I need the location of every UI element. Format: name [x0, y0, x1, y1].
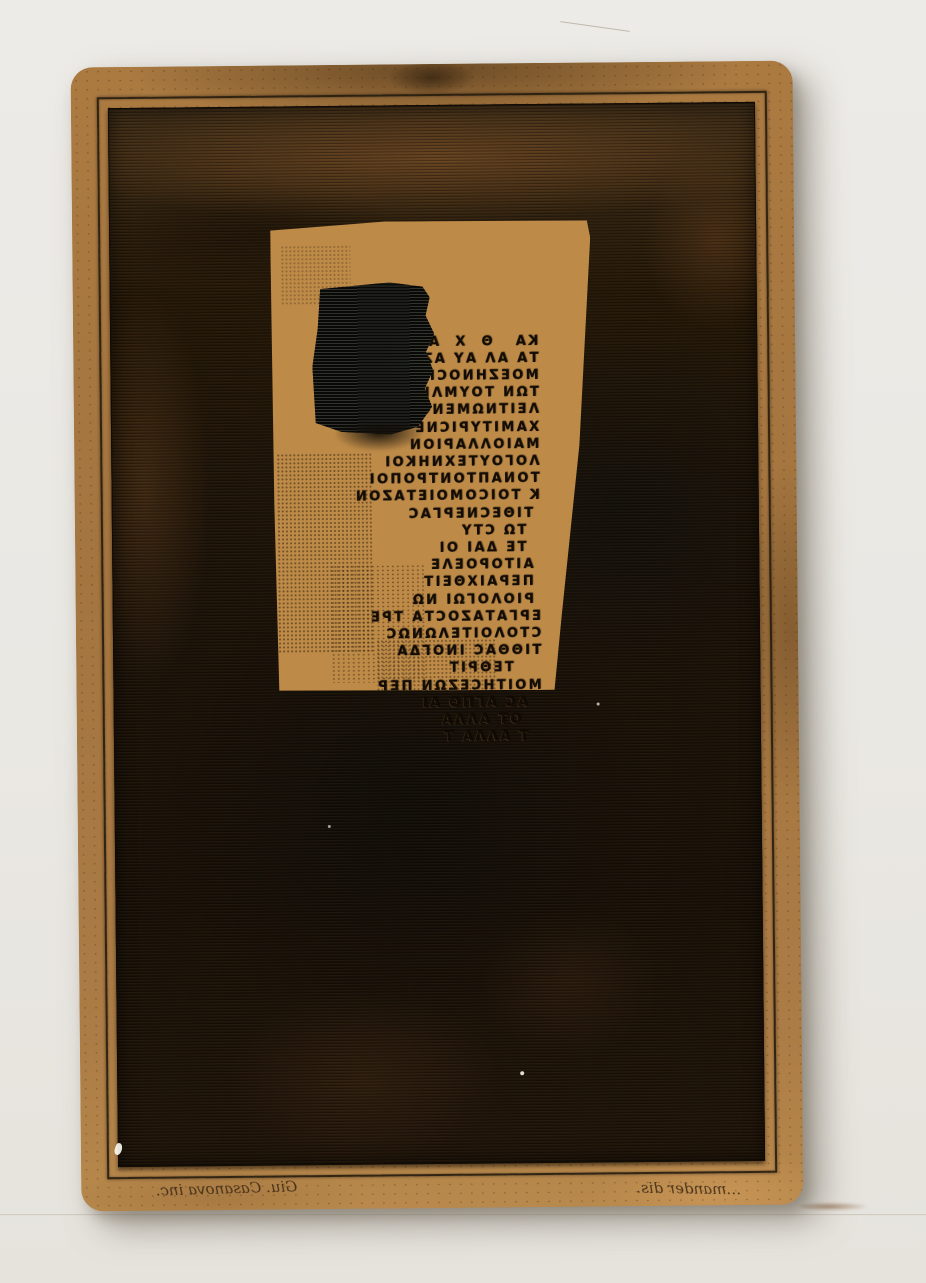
greek-text-line: ΟΤ ΑΛΛΑ — [324, 711, 542, 730]
dust-speck — [520, 1071, 524, 1075]
greek-text-line: ΤΙΘΘΑC ΙΝΟΓΔΑ — [323, 642, 541, 661]
greek-text-line: ΠΕΡΑΙΧΘΕΙΤ — [322, 573, 540, 592]
background-stain — [800, 1202, 870, 1211]
dust-speck — [597, 702, 600, 705]
dust-speck — [328, 825, 331, 828]
background-seam-line — [0, 1214, 926, 1216]
greek-text-line: Τ ΑΛΛΑ Τ — [324, 728, 542, 747]
greek-text-line: ΑC ΑΓΠΘ ΑΙ — [324, 694, 542, 713]
copper-plate: ΚΑ Θ Χ ΑΔΤΑ ΑΛ ΑΥ ΑΖΜΟΕΖΗΝΟCΙΔΩΤΩΝ ΤΟΥΜΛ… — [71, 61, 804, 1212]
photograph-of-copper-plate: ΚΑ Θ Χ ΑΔΤΑ ΑΛ ΑΥ ΑΖΜΟΕΖΗΝΟCΙΔΩΤΩΝ ΤΟΥΜΛ… — [0, 0, 926, 1283]
greek-text-line: ΜΟΙΤΗCΕΖΩΝ ΠΕΡ — [323, 677, 541, 696]
greek-text-line: ΤΕ ΔΑΙ ΟΙ — [322, 539, 540, 558]
fragment-patch-shadow — [336, 424, 422, 451]
greek-text-line: ΤΟΝΑΠΤΟΝΤΡΟΠΟΙ — [321, 470, 539, 489]
greek-text-line: CΤΟΛΟΙΤΕΛΩΝΩC — [323, 625, 541, 644]
draughtsman-signature-mirrored: …mander dis. — [561, 1177, 741, 1204]
greek-text-line: ΡΙΟΛΟΓΩΙ ΝΩ — [323, 591, 541, 610]
greek-text-line: ΕΡΓΑΤΑΖΟCΤΑ ΤΡΕ — [323, 608, 541, 627]
greek-text-line: ΛΟΓΟΥΤΕΧΝΗΚΟΙ — [321, 453, 539, 472]
greek-text-line: ΑΙΤΟΡΟΕΛΕ — [322, 556, 540, 575]
greek-text-line: Κ ΤΟΙCΟΜΟΙΕΤΑΖΟΝ — [322, 487, 540, 506]
engraver-signature-mirrored: Giu. Casanova inc. — [107, 1177, 298, 1207]
background-scratch — [560, 21, 629, 32]
greek-text-line: ΤΩ CΤΥ — [322, 522, 540, 541]
greek-text-line: ΤΙΘΕCΝΕΡΓΑC — [322, 505, 540, 524]
greek-text-line: ΤΕΘΡΙΤ — [323, 659, 541, 678]
